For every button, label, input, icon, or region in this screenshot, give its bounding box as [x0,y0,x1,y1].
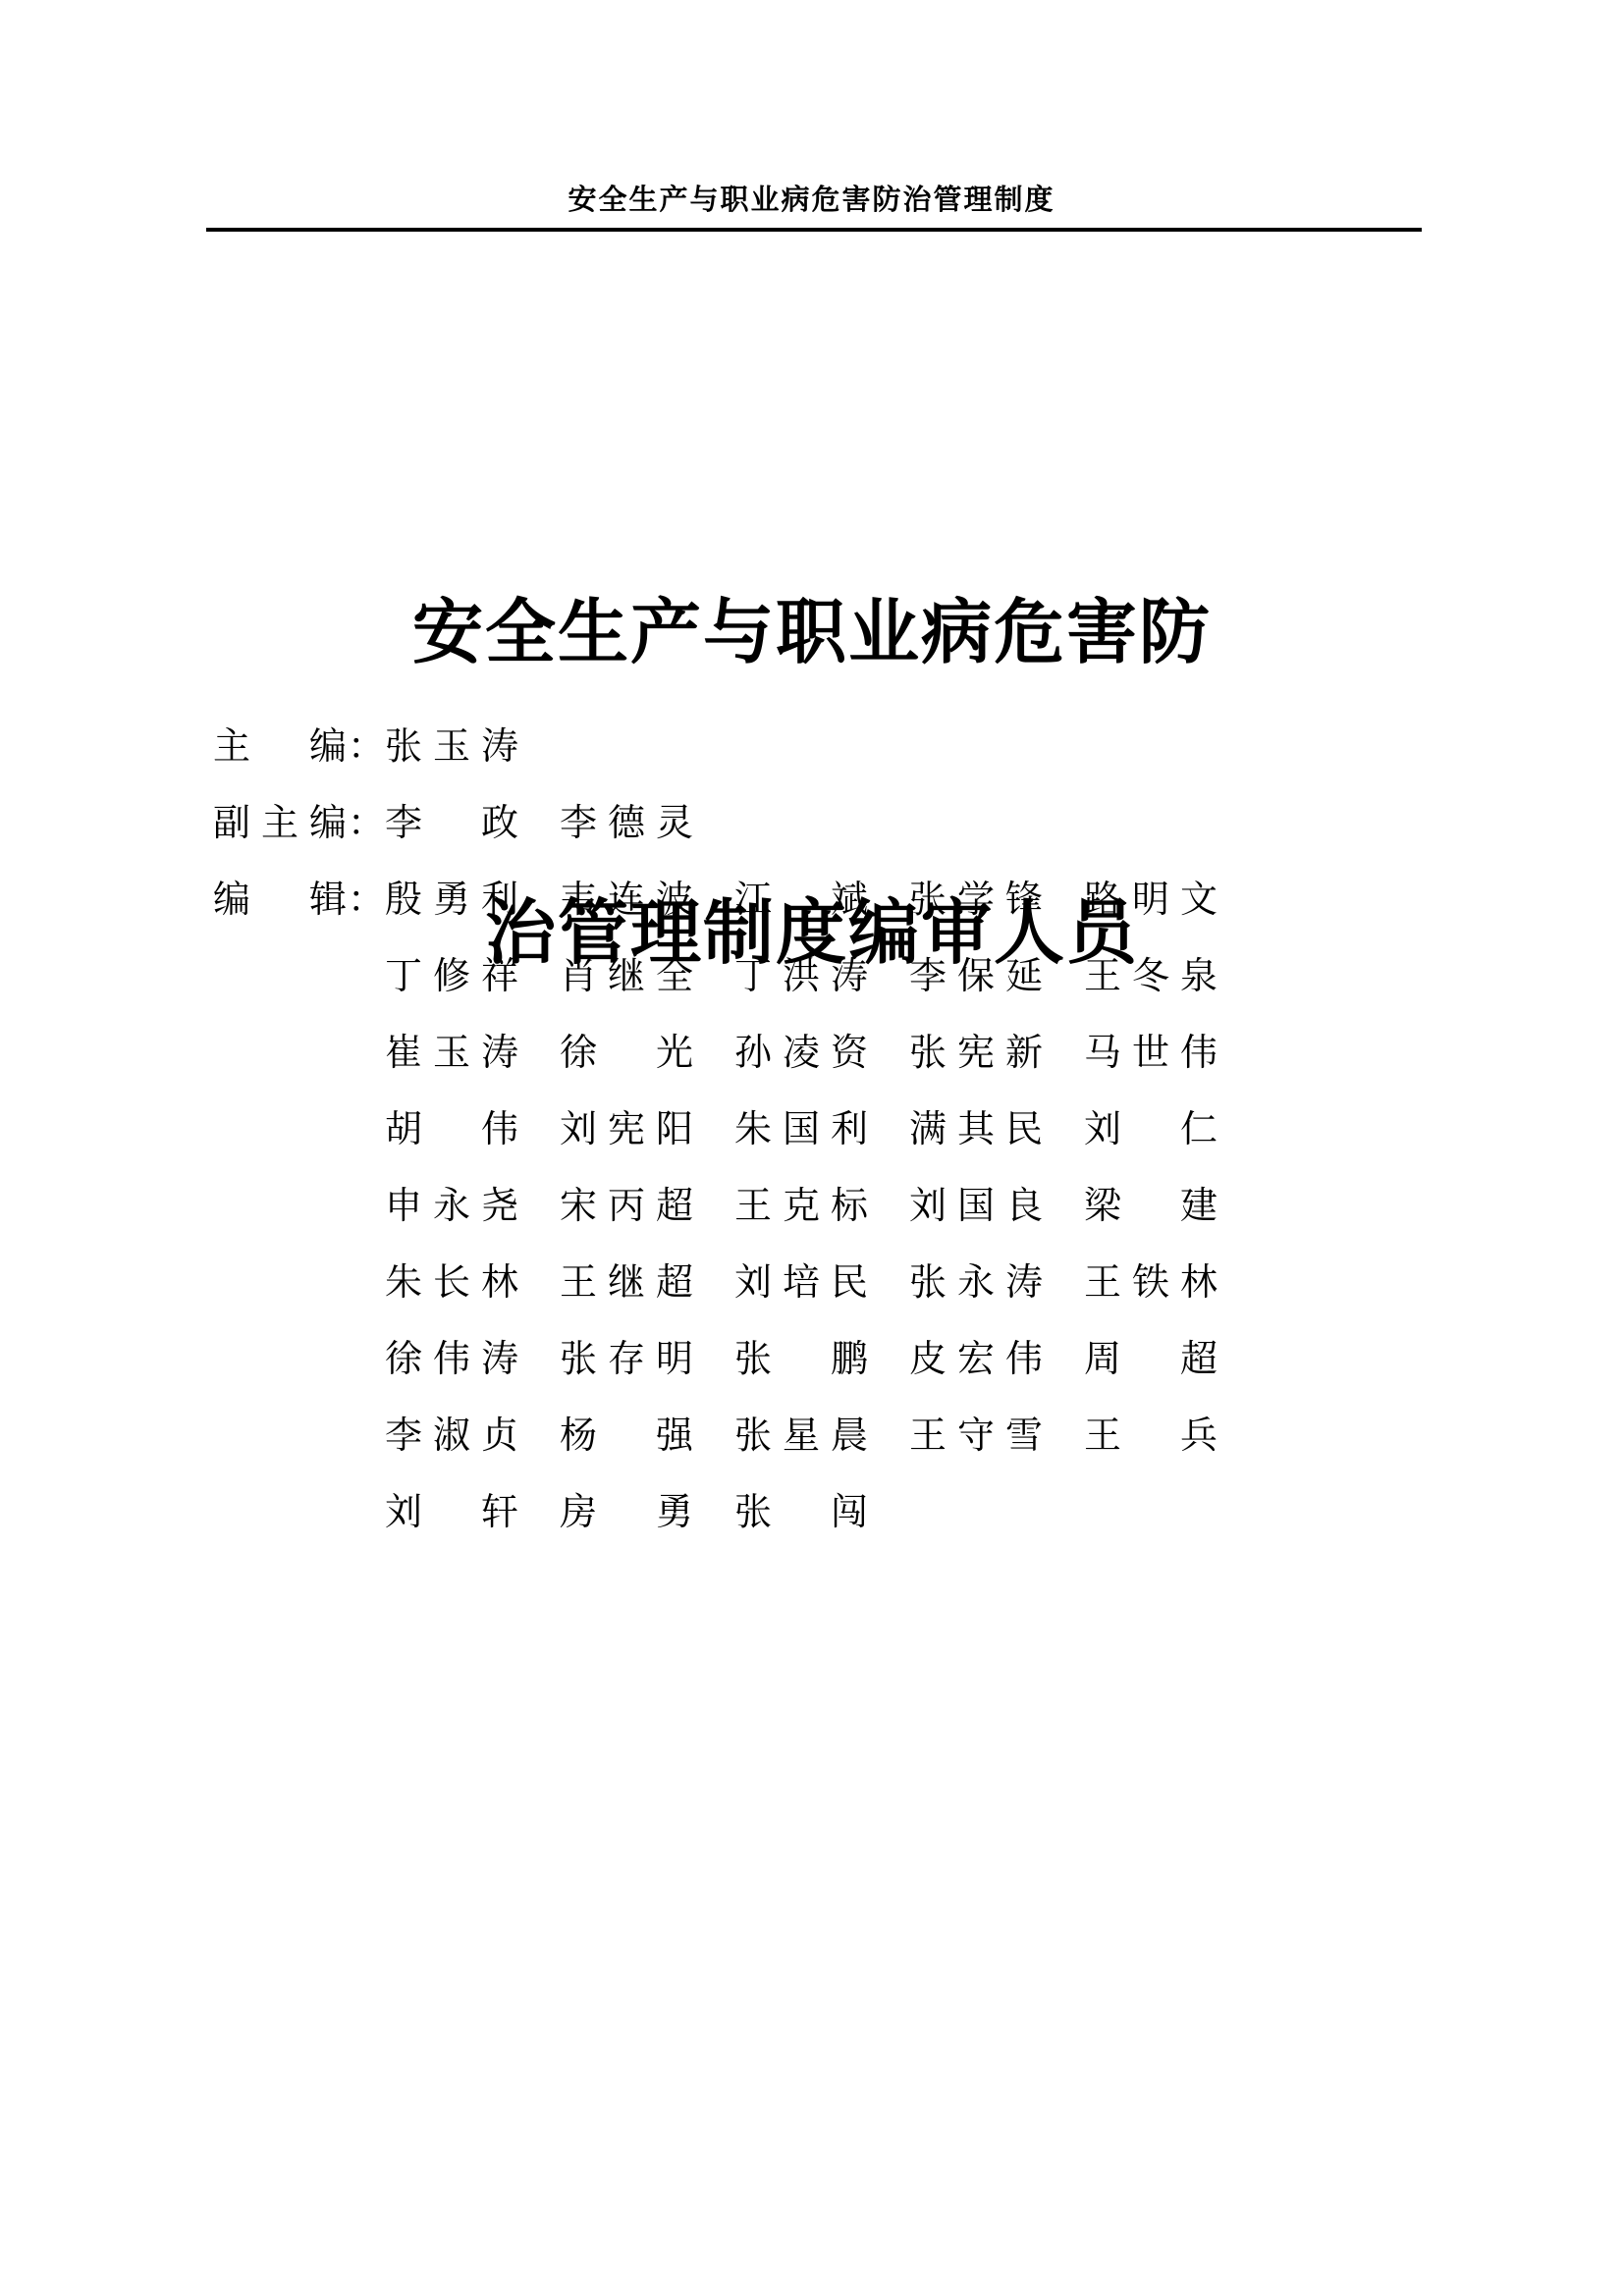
editor-name: 韦连波 [560,869,694,923]
editor-name: 江 斌 [734,869,869,923]
editor-name: 王克标 [734,1175,869,1229]
document-page: 安全生产与职业病危害防治管理制度 安全生产与职业病危害防 治管理制度编审人员 主… [0,0,1623,2296]
editor-name: 王冬泉 [1084,945,1218,999]
editor-row-editors-9: 刘 轩 房 勇 张 闯 [213,1469,1470,1546]
editor-row-editors-8: 李淑贞 杨 强 张星晨 王守雪 王 兵 [213,1393,1470,1469]
role-colon: ： [348,792,385,846]
editor-name: 胡 伟 [385,1098,519,1152]
editor-row-editors-1: 编 辑： 殷勇利 韦连波 江 斌 张学锋 路明文 [213,857,1470,934]
editor-name: 满其民 [909,1098,1044,1152]
editor-name: 申永尧 [385,1175,519,1229]
editor-name: 张 鹏 [734,1328,869,1382]
editor-row-chief: 主 编： 张玉涛 [213,704,1470,780]
editor-name: 房 勇 [560,1481,694,1535]
editor-name: 孙凌资 [734,1022,869,1076]
editor-name: 张星晨 [734,1405,869,1459]
editor-name: 徐伟涛 [385,1328,519,1382]
editor-name: 张宪新 [909,1022,1044,1076]
editor-name: 李德灵 [560,792,694,846]
editor-name: 周 超 [1084,1328,1218,1382]
editor-name: 徐 光 [560,1022,694,1076]
editor-name: 杨 强 [560,1405,694,1459]
running-header-text: 安全生产与职业病危害防治管理制度 [0,186,1623,215]
editors-roster: 主 编： 张玉涛 副主编： 李 政 李德灵 编 辑： 殷勇利 韦连波 江 斌 张… [213,704,1470,1546]
editor-name: 崔玉涛 [385,1022,519,1076]
header-rule [206,228,1422,232]
editor-name: 王铁林 [1084,1252,1218,1306]
editor-name: 王 兵 [1084,1405,1218,1459]
editor-name: 刘 轩 [385,1481,519,1535]
document-title-line-1: 安全生产与职业病危害防 [209,583,1415,683]
role-label-deputy-editor: 副主编 [213,792,348,846]
role-colon: ： [348,869,385,923]
editor-name: 张 闯 [734,1481,869,1535]
editor-name: 李保延 [909,945,1044,999]
editor-row-editors-6: 朱长林 王继超 刘培民 张永涛 王铁林 [213,1240,1470,1316]
editor-row-editors-3: 崔玉涛 徐 光 孙凌资 张宪新 马世伟 [213,1010,1470,1087]
editor-name: 皮宏伟 [909,1328,1044,1382]
editor-name: 王守雪 [909,1405,1044,1459]
editor-name: 张永涛 [909,1252,1044,1306]
editor-name: 李 政 [385,792,519,846]
editor-row-editors-4: 胡 伟 刘宪阳 朱国利 满其民 刘 仁 [213,1087,1470,1163]
editor-row-editors-2: 丁修祥 肖继全 丁洪涛 李保延 王冬泉 [213,934,1470,1010]
editor-name: 刘 仁 [1084,1098,1218,1152]
editor-name: 张玉涛 [385,716,519,770]
editor-name: 张存明 [560,1328,694,1382]
editor-name: 宋丙超 [560,1175,694,1229]
editor-name: 朱国利 [734,1098,869,1152]
editor-name: 朱长林 [385,1252,519,1306]
editor-name: 路明文 [1084,869,1218,923]
editor-row-editors-5: 申永尧 宋丙超 王克标 刘国良 梁 建 [213,1163,1470,1240]
editor-name: 丁洪涛 [734,945,869,999]
editor-name: 肖继全 [560,945,694,999]
role-label-chief-editor: 主 编 [213,716,348,770]
editor-row-editors-7: 徐伟涛 张存明 张 鹏 皮宏伟 周 超 [213,1316,1470,1393]
editor-name: 丁修祥 [385,945,519,999]
role-colon: ： [348,716,385,770]
editor-name: 张学锋 [909,869,1044,923]
editor-name: 刘国良 [909,1175,1044,1229]
editor-name: 殷勇利 [385,869,519,923]
role-label-editor: 编 辑 [213,869,348,923]
editor-name: 王继超 [560,1252,694,1306]
editor-name: 李淑贞 [385,1405,519,1459]
editor-name: 刘培民 [734,1252,869,1306]
editor-name: 马世伟 [1084,1022,1218,1076]
editor-name: 梁 建 [1084,1175,1218,1229]
editor-name: 刘宪阳 [560,1098,694,1152]
editor-row-deputy: 副主编： 李 政 李德灵 [213,780,1470,857]
